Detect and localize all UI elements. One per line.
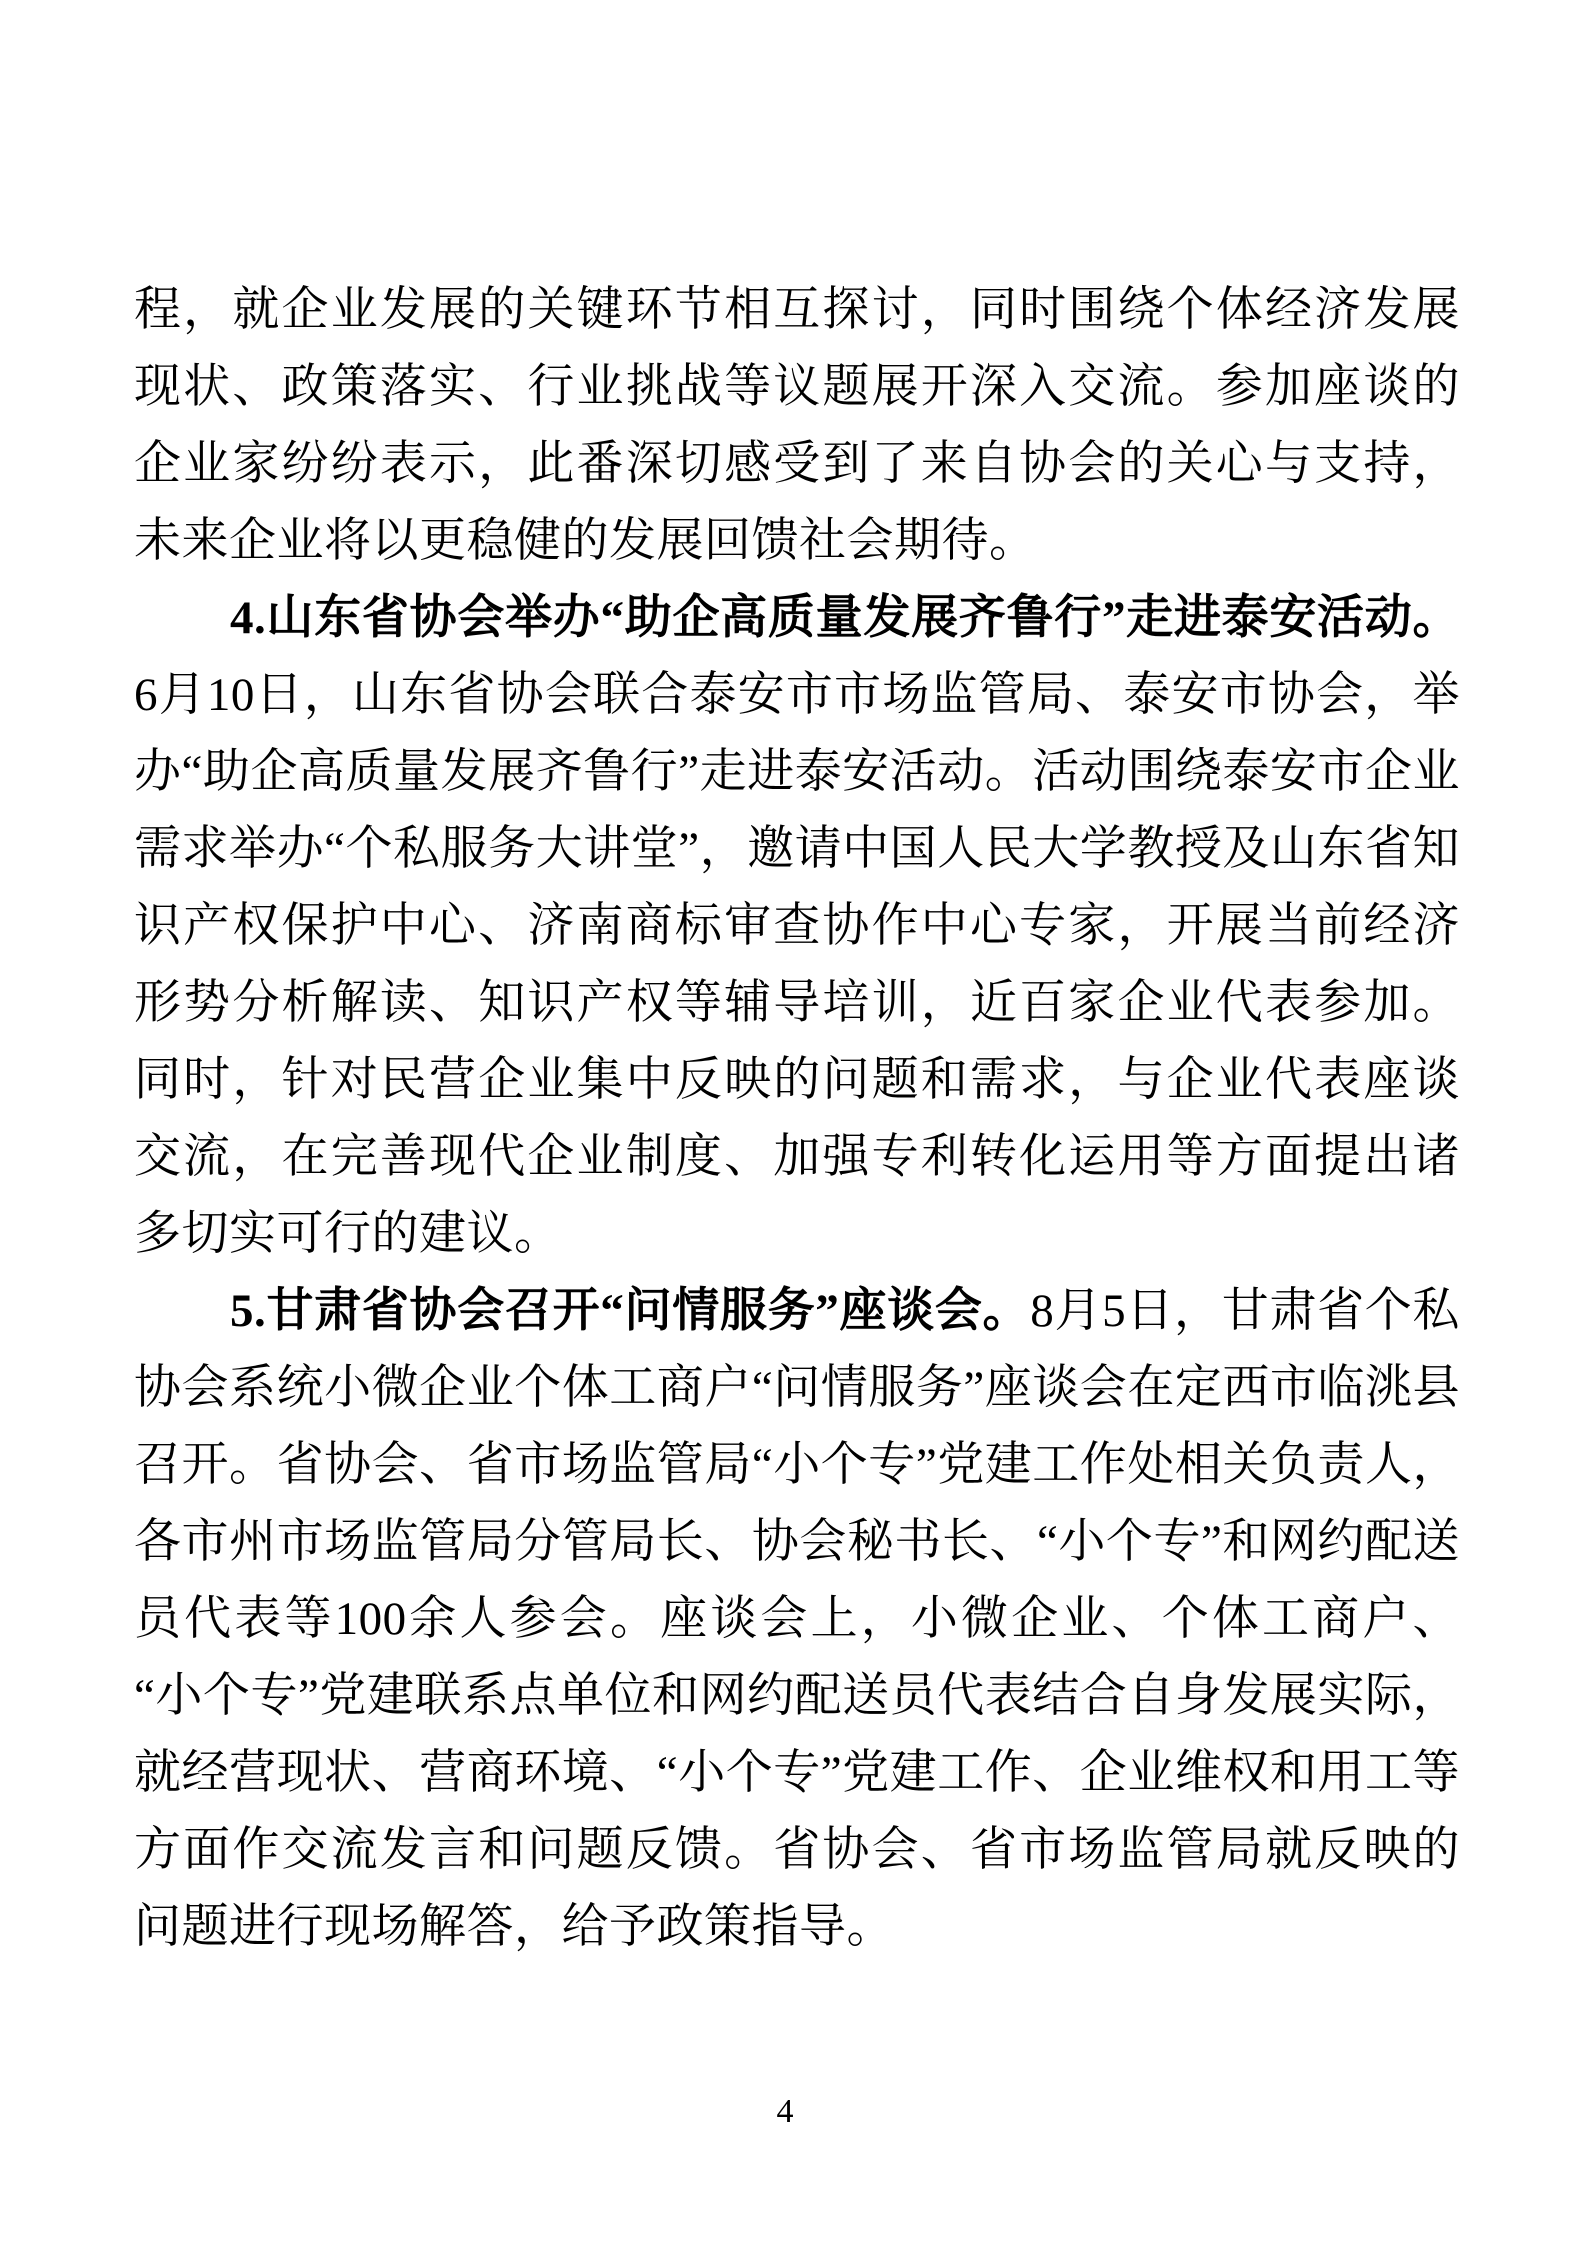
paragraph: 5.甘肃省协会召开“问情服务”座谈会。8月5日，甘肃省个私协会系统小微企业个体工… xyxy=(134,1273,1460,1966)
paragraph-heading-lead: 4.山东省协会举办“助企高质量发展齐鲁行”走进泰安活动。 xyxy=(230,592,1460,644)
text-segment: 程，就企业发展的关键环节相互探讨，同时围绕个体经济发展现状、政策落实、行业挑战等… xyxy=(134,284,1460,567)
paragraph-heading-lead: 5.甘肃省协会召开“问情服务”座谈会。 xyxy=(230,1285,1030,1337)
document-body: 程，就企业发展的关键环节相互探讨，同时围绕个体经济发展现状、政策落实、行业挑战等… xyxy=(134,272,1460,1966)
paragraph: 程，就企业发展的关键环节相互探讨，同时围绕个体经济发展现状、政策落实、行业挑战等… xyxy=(134,272,1460,580)
page-number: 4 xyxy=(0,2095,1570,2129)
document-page: 程，就企业发展的关键环节相互探讨，同时围绕个体经济发展现状、政策落实、行业挑战等… xyxy=(0,0,1588,2245)
text-segment: 6月10日，山东省协会联合泰安市市场监管局、泰安市协会，举办“助企高质量发展齐鲁… xyxy=(134,669,1460,1260)
text-segment: 8月5日，甘肃省个私协会系统小微企业个体工商户“问情服务”座谈会在定西市临洮县召… xyxy=(134,1285,1460,1953)
paragraph: 4.山东省协会举办“助企高质量发展齐鲁行”走进泰安活动。6月10日，山东省协会联… xyxy=(134,580,1460,1273)
